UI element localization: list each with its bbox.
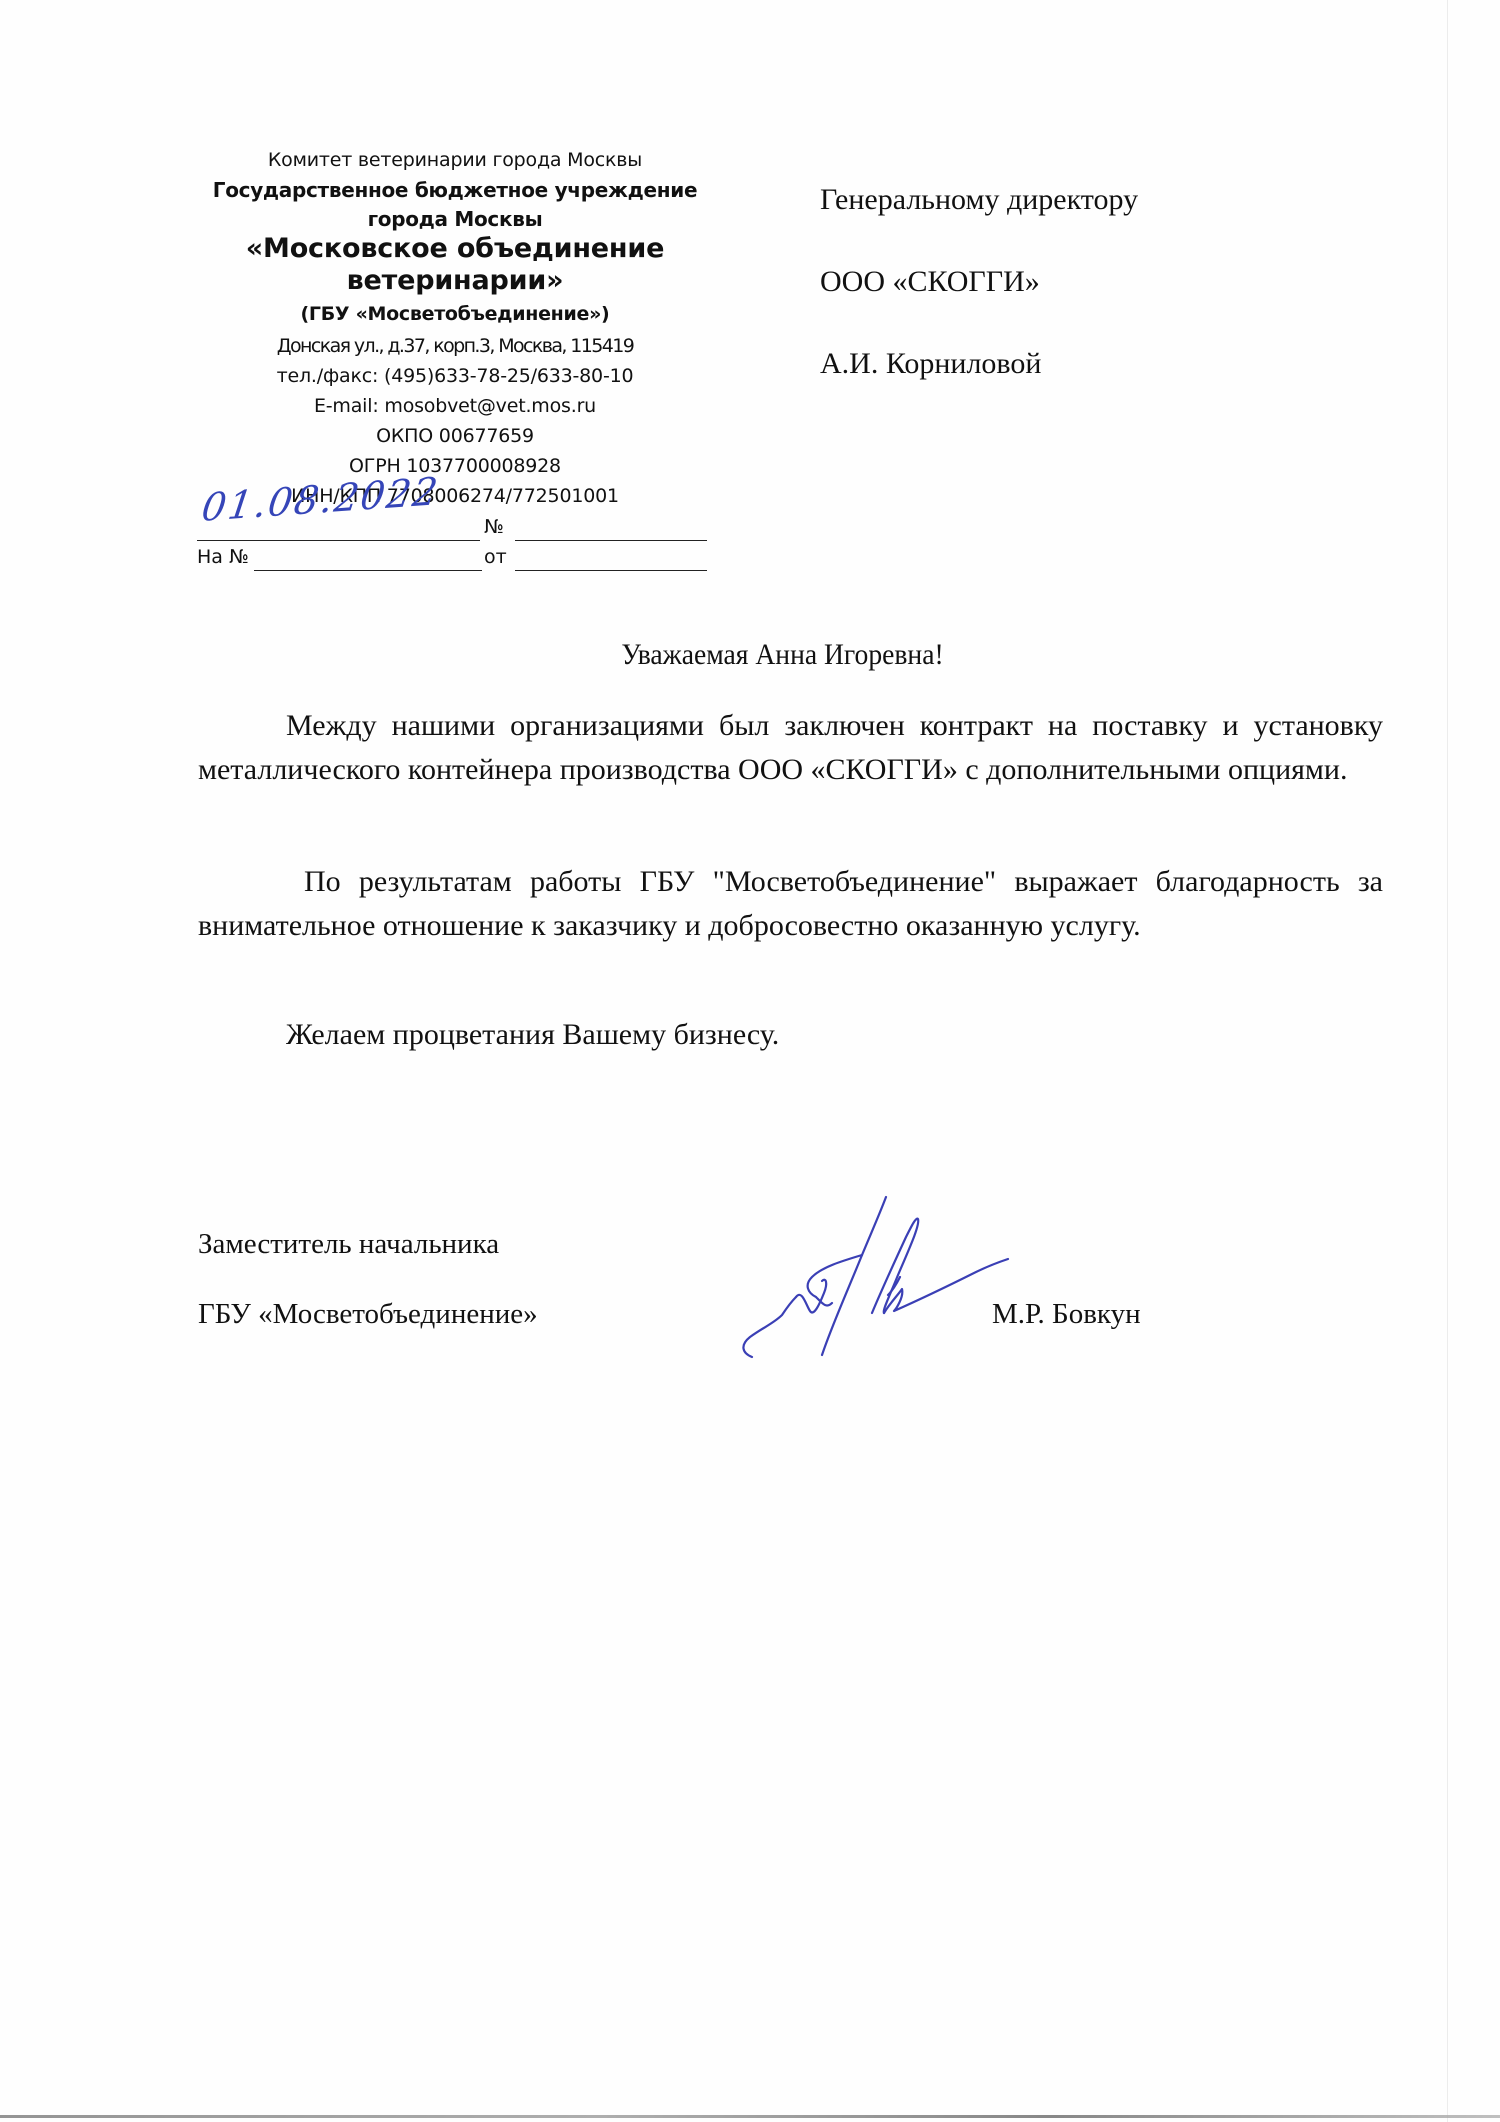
letterhead-ogrn: ОГРН 1037700008928 [190,451,720,481]
from-label: от [484,546,507,568]
paragraph-text: По результатам работы ГБУ "Мосветобъедин… [198,865,1383,942]
letterhead: Комитет ветеринарии города Москвы Госуда… [190,145,720,511]
reply-to-label: На № [197,546,249,568]
reply-to-row: На № от [197,544,707,576]
letterhead-name-line2: ветеринарии» [190,265,720,297]
letterhead-committee: Комитет ветеринарии города Москвы [190,145,720,175]
date-underline [197,540,480,541]
signer-name: М.Р. Бовкун [992,1298,1141,1331]
letter-page: Комитет ветеринарии города Москвы Госуда… [0,0,1500,2122]
letterhead-phone-fax: тел./факс: (495)633-78-25/633-80-10 [190,361,720,391]
body-paragraph-3: Желаем процветания Вашему бизнесу. [198,1013,1383,1057]
from-underline [515,570,707,571]
scan-edge-bottom [0,2115,1500,2118]
number-underline [515,540,707,541]
letterhead-institution-type: Государственное бюджетное учреждение [190,175,720,205]
body-paragraph-1: Между нашими организациями был заключен … [198,704,1383,792]
addressee-position: Генеральному директору [820,183,1138,265]
body-paragraph-2: По результатам работы ГБУ "Мосветобъедин… [198,860,1383,948]
addressee-person: А.И. Корниловой [820,347,1138,429]
salutation: Уважаемая Анна Игоревна! [228,638,1337,672]
reply-to-underline [254,570,482,571]
addressee-company: ООО «СКОГГИ» [820,265,1138,347]
letterhead-okpo: ОКПО 00677659 [190,421,720,451]
number-label: № [484,516,504,538]
addressee-block: Генеральному директору ООО «СКОГГИ» А.И.… [820,183,1138,429]
letterhead-email: E-mail: mosobvet@vet.mos.ru [190,391,720,421]
scan-edge-right [1447,0,1448,2122]
letterhead-address: Донская ул., д.37, корп.3, Москва, 11541… [190,331,720,361]
letterhead-name-line1: «Московское объединение [190,233,720,265]
letterhead-institution-city: города Москвы [190,205,720,233]
handwritten-signature-icon [712,1185,1012,1365]
paragraph-text: Желаем процветания Вашему бизнесу. [286,1018,779,1051]
letterhead-short-name: (ГБУ «Мосветобъединение») [190,297,720,331]
signer-organization: ГБУ «Мосветобъединение» [198,1298,538,1331]
signer-title: Заместитель начальника [198,1228,499,1261]
paragraph-text: Между нашими организациями был заключен … [198,709,1383,786]
